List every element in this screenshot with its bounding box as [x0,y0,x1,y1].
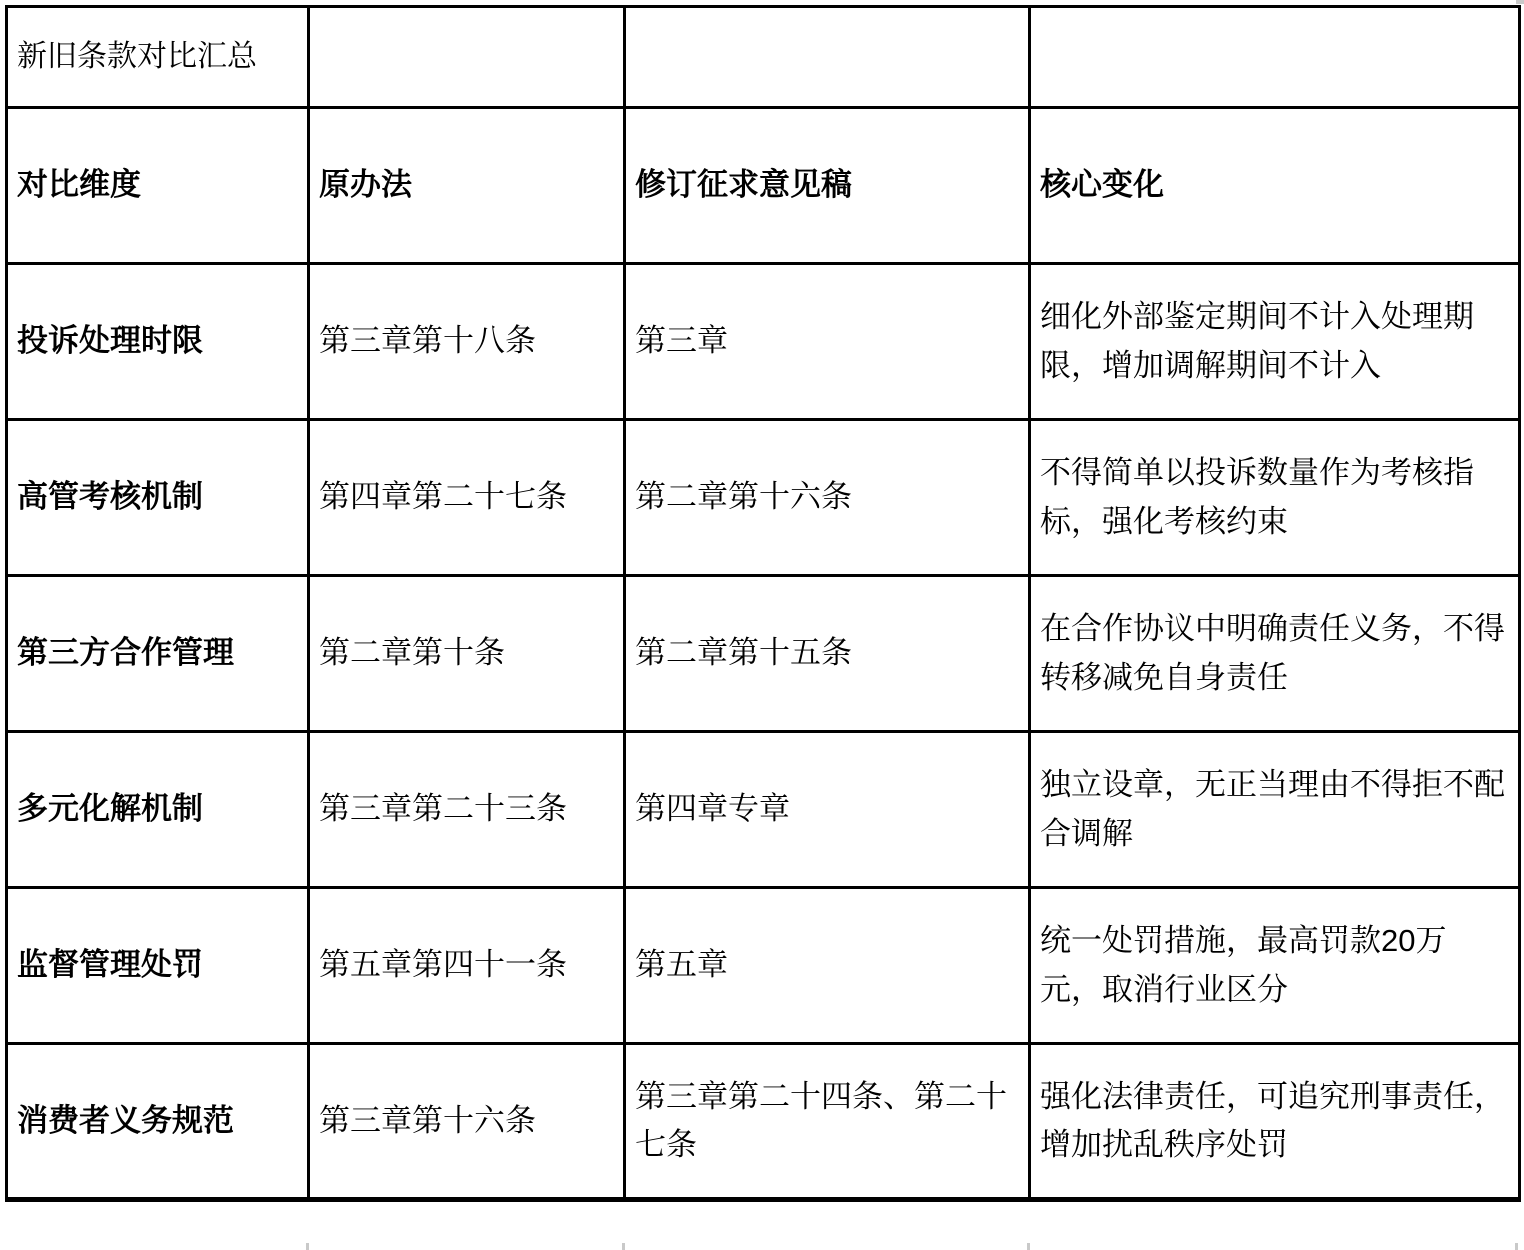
gridline-stub [622,1243,625,1250]
cell-dimension[interactable]: 多元化解机制 [7,732,309,888]
table-row: 多元化解机制 第三章第二十三条 第四章专章 独立设章，无正当理由不得拒不配合调解 [7,732,1520,888]
cell-old-article[interactable]: 第三章第十六条 [309,1044,625,1200]
cell-new-article[interactable]: 第五章 [625,888,1030,1044]
cell-old-article[interactable]: 第三章第十八条 [309,264,625,420]
cell-dimension[interactable]: 监督管理处罚 [7,888,309,1044]
cell-core-change[interactable]: 不得简单以投诉数量作为考核指标，强化考核约束 [1030,420,1520,576]
gridline-stub [1515,1243,1518,1250]
empty-cell[interactable] [1030,7,1520,108]
cell-core-change[interactable]: 统一处罚措施，最高罚款20万元，取消行业区分 [1030,888,1520,1044]
table-title-cell[interactable]: 新旧条款对比汇总 [7,7,309,108]
title-row: 新旧条款对比汇总 [7,7,1520,108]
spreadsheet-canvas: 新旧条款对比汇总 对比维度 原办法 修订征求意见稿 核心变化 投诉处理时限 第三… [0,0,1524,1250]
cell-old-article[interactable]: 第二章第十条 [309,576,625,732]
cell-new-article[interactable]: 第二章第十五条 [625,576,1030,732]
header-revised-draft[interactable]: 修订征求意见稿 [625,108,1030,264]
cell-new-article[interactable]: 第四章专章 [625,732,1030,888]
cell-dimension[interactable]: 第三方合作管理 [7,576,309,732]
gridline-stub [1516,0,1524,4]
empty-cell[interactable] [309,7,625,108]
header-core-change[interactable]: 核心变化 [1030,108,1520,264]
cell-new-article[interactable]: 第三章第二十四条、第二十七条 [625,1044,1030,1200]
gridline-stub [1027,1243,1030,1250]
cell-old-article[interactable]: 第五章第四十一条 [309,888,625,1044]
cell-old-article[interactable]: 第三章第二十三条 [309,732,625,888]
cell-core-change[interactable]: 在合作协议中明确责任义务，不得转移减免自身责任 [1030,576,1520,732]
cell-dimension[interactable]: 投诉处理时限 [7,264,309,420]
cell-core-change[interactable]: 细化外部鉴定期间不计入处理期限，增加调解期间不计入 [1030,264,1520,420]
empty-cell[interactable] [625,7,1030,108]
cell-new-article[interactable]: 第三章 [625,264,1030,420]
table-row: 高管考核机制 第四章第二十七条 第二章第十六条 不得简单以投诉数量作为考核指标，… [7,420,1520,576]
header-row: 对比维度 原办法 修订征求意见稿 核心变化 [7,108,1520,264]
cell-dimension[interactable]: 消费者义务规范 [7,1044,309,1200]
cell-core-change[interactable]: 独立设章，无正当理由不得拒不配合调解 [1030,732,1520,888]
comparison-table: 新旧条款对比汇总 对比维度 原办法 修订征求意见稿 核心变化 投诉处理时限 第三… [5,5,1521,1202]
cell-dimension[interactable]: 高管考核机制 [7,420,309,576]
table-row: 消费者义务规范 第三章第十六条 第三章第二十四条、第二十七条 强化法律责任，可追… [7,1044,1520,1200]
header-old-measure[interactable]: 原办法 [309,108,625,264]
header-dimension[interactable]: 对比维度 [7,108,309,264]
table-row: 监督管理处罚 第五章第四十一条 第五章 统一处罚措施，最高罚款20万元，取消行业… [7,888,1520,1044]
table-row: 投诉处理时限 第三章第十八条 第三章 细化外部鉴定期间不计入处理期限，增加调解期… [7,264,1520,420]
cell-core-change[interactable]: 强化法律责任，可追究刑事责任，增加扰乱秩序处罚 [1030,1044,1520,1200]
cell-new-article[interactable]: 第二章第十六条 [625,420,1030,576]
cell-old-article[interactable]: 第四章第二十七条 [309,420,625,576]
gridline-stub [306,1243,309,1250]
table-row: 第三方合作管理 第二章第十条 第二章第十五条 在合作协议中明确责任义务，不得转移… [7,576,1520,732]
